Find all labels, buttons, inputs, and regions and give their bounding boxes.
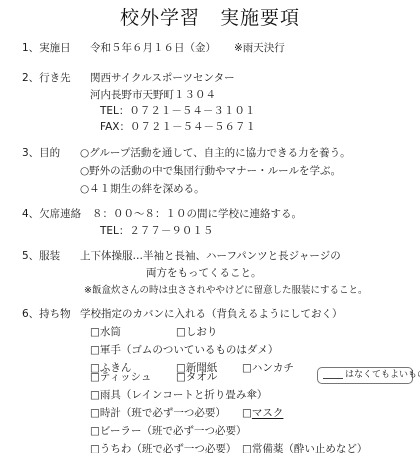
section-1-label: 1、実施日 <box>22 42 71 55</box>
legend-text: はなくてもよいもの <box>345 369 420 382</box>
item-work-gloves: □軍手（ゴムのついているものはダメ） <box>90 344 278 357</box>
item-medicine: □常備薬（酔い止めなど） <box>242 443 367 453</box>
optional-legend-box: はなくてもよいもの <box>317 367 413 384</box>
checkbox-glyph: □ <box>242 407 252 419</box>
item-booklet: □しおり <box>176 326 217 339</box>
purpose-3: ○４１期生の絆を深める。 <box>80 183 205 196</box>
section-5-label: 5、服装 <box>22 250 60 263</box>
purpose-2: ○野外の活動の中で集団行動やマナー・ルールを学ぶ。 <box>80 165 341 178</box>
clothing-2: 両方をもってくること。 <box>146 267 262 280</box>
clothing-1: 上下体操服…半袖と長袖、ハーフパンツと長ジャージの <box>80 250 341 263</box>
checkbox-glyph: □ <box>242 443 252 453</box>
destination-name: 関西サイクルスポーツセンター <box>90 72 235 85</box>
section-3-label: 3、目的 <box>22 147 60 160</box>
item-towel: □タオル <box>176 371 217 384</box>
purpose-1: ○グループ活動を通して、自主的に協力できる力を養う。 <box>80 147 351 160</box>
item-fan: □うちわ（班で必ず一つ必要） <box>90 443 236 453</box>
absence-contact-tel: TEL：２７７－９０１５ <box>100 225 213 238</box>
item-rain-gear: □雨具（レインコートと折り畳み傘） <box>90 389 267 402</box>
item-handkerchief: □ハンカチ <box>242 362 294 375</box>
event-date: 令和５年６月１６日（金） <box>90 42 216 55</box>
section-4-label: 4、欠席連絡 <box>22 208 81 221</box>
item-peeler: □ビーラー（班で必ず一つ必要） <box>90 425 247 438</box>
absence-contact-time: ８：００～８：１０の間に学校に連絡する。 <box>92 208 302 221</box>
legend-underline-sample <box>323 378 343 379</box>
destination-tel: TEL：０７２１－５４－３１０１ <box>100 105 255 118</box>
destination-fax: FAX：０７２１－５４－５６７１ <box>100 121 256 134</box>
belongings-intro: 学校指定のカバンに入れる（背負えるようにしておく） <box>80 308 343 321</box>
section-6-label: 6、持ち物 <box>22 308 71 321</box>
clothing-note: ※飯盒炊さんの時は虫さされややけどに留意した服装にすること。 <box>84 284 367 297</box>
item-watch: □時計（班で必ず一つ必要） <box>90 407 226 420</box>
item-mask: □マスク <box>242 407 283 420</box>
rain-note: ※雨天決行 <box>234 42 285 55</box>
item-mask-label: マスク <box>252 407 284 419</box>
section-2-label: 2、行き先 <box>22 72 71 85</box>
item-water-bottle: □水筒 <box>90 326 121 339</box>
item-medicine-label: 常備薬（酔い止めなど） <box>252 443 368 453</box>
destination-address: 河内長野市天野町１３０４ <box>90 89 216 102</box>
item-tissue-visible: □ティッシュ <box>90 371 151 384</box>
page-title: 校外学習 実施要項 <box>0 6 420 30</box>
